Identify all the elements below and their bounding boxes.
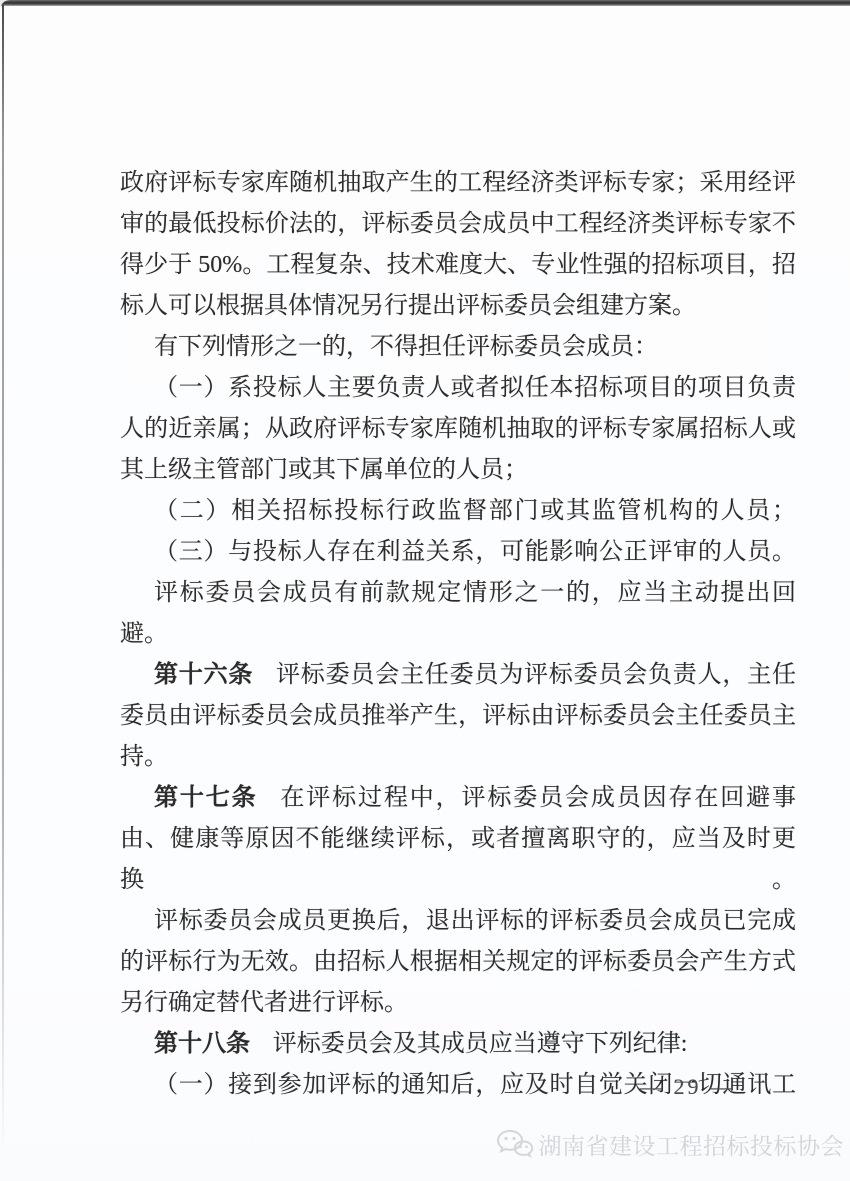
text-line: 人的近亲属；从政府评标专家库随机抽取的评标专家属招标人或 [120, 409, 796, 450]
line-text: 的评标行为无效。由招标人根据相关规定的评标委员会产生方式 [120, 949, 796, 975]
line-text: 有下列情形之一的，不得担任评标委员会成员： [154, 334, 658, 360]
text-line: （一）系投标人主要负责人或者拟任本招标项目的项目负责 [120, 368, 796, 409]
text-line: 持。 [120, 737, 796, 778]
line-text: 审的最低投标价法的，评标委员会成员中工程经济类评标专家不 [120, 211, 796, 237]
line-text: 标人可以根据具体情况另行提出评标委员会组建方案。 [120, 293, 696, 319]
text-line: 评标委员会成员有前款规定情形之一的，应当主动提出回 [120, 573, 796, 614]
line-text: 避。 [120, 621, 168, 647]
text-line: 委员由评标委员会成员推举产生，评标由评标委员会主任委员主 [120, 696, 796, 737]
article-number: 第十七条 [154, 785, 258, 811]
text-line: 第十七条在评标过程中，评标委员会成员因存在回避事 [120, 778, 796, 819]
line-text: 评标委员会成员更换后，退出评标的评标委员会成员已完成 [154, 908, 796, 934]
line-text: 得少于 50%。工程复杂、技术难度大、专业性强的招标项目，招 [120, 252, 796, 278]
watermark-association-name: 湖南省建设工程招标投标协会 [539, 1128, 845, 1161]
text-line: 的评标行为无效。由招标人根据相关规定的评标委员会产生方式 [120, 942, 796, 983]
footer-watermark: 湖南省建设工程招标投标协会 [496, 1124, 845, 1164]
line-text: 评标委员会及其成员应当遵守下列纪律: [273, 1031, 688, 1057]
page-number: — 29 — [640, 1074, 735, 1100]
article-number: 第十六条 [154, 662, 253, 688]
text-line: （三）与投标人存在利益关系，可能影响公正评审的人员。 [120, 532, 796, 573]
text-line: 得少于 50%。工程复杂、技术难度大、专业性强的招标项目，招 [120, 245, 796, 286]
text-line: 由、健康等原因不能继续评标，或者擅离职守的，应当及时更换。 [120, 819, 796, 901]
line-text: 在评标过程中，评标委员会成员因存在回避事 [280, 785, 796, 811]
text-line: 标人可以根据具体情况另行提出评标委员会组建方案。 [120, 286, 796, 327]
line-text: （一）系投标人主要负责人或者拟任本招标项目的项目负责 [154, 375, 796, 401]
line-text: （二）相关招标投标行政监督部门或其监管机构的人员； [154, 498, 796, 524]
line-text: 政府评标专家库随机抽取产生的工程经济类评标专家；采用经评 [120, 170, 796, 196]
text-line: 政府评标专家库随机抽取产生的工程经济类评标专家；采用经评 [120, 163, 796, 204]
text-line: 有下列情形之一的，不得担任评标委员会成员： [120, 327, 796, 368]
scan-edge-left [2, 4, 4, 1154]
line-text: 其上级主管部门或其下属单位的人员； [120, 457, 528, 483]
text-line: 审的最低投标价法的，评标委员会成员中工程经济类评标专家不 [120, 204, 796, 245]
text-line: （二）相关招标投标行政监督部门或其监管机构的人员； [120, 491, 796, 532]
text-line: 第十八条评标委员会及其成员应当遵守下列纪律: [120, 1024, 796, 1065]
line-text: 持。 [120, 744, 168, 770]
text-line: 评标委员会成员更换后，退出评标的评标委员会成员已完成 [120, 901, 796, 942]
line-text: 委员由评标委员会成员推举产生，评标由评标委员会主任委员主 [120, 703, 796, 729]
scan-edge-top [0, 0, 850, 6]
line-text: 人的近亲属；从政府评标专家库随机抽取的评标专家属招标人或 [120, 416, 796, 442]
article-number: 第十八条 [154, 1031, 250, 1057]
line-text: 另行确定替代者进行评标。 [120, 990, 408, 1016]
text-line: 避。 [120, 614, 796, 655]
line-text: 评标委员会主任委员为评标委员会负责人，主任 [276, 662, 796, 688]
text-line: 第十六条评标委员会主任委员为评标委员会负责人，主任 [120, 655, 796, 696]
text-line: 另行确定替代者进行评标。 [120, 983, 796, 1024]
line-text: 评标委员会成员有前款规定情形之一的，应当主动提出回 [154, 580, 796, 606]
wechat-bubbles-icon [496, 1128, 534, 1160]
text-line: 其上级主管部门或其下属单位的人员； [120, 450, 796, 491]
line-text: 由、健康等原因不能继续评标，或者擅离职守的，应当及时更换。 [120, 826, 796, 893]
line-text: （三）与投标人存在利益关系，可能影响公正评审的人员。 [154, 539, 796, 565]
scanned-page: 政府评标专家库随机抽取产生的工程经济类评标专家；采用经评审的最低投标价法的，评标… [0, 0, 850, 1181]
document-body: 政府评标专家库随机抽取产生的工程经济类评标专家；采用经评审的最低投标价法的，评标… [120, 163, 796, 1106]
